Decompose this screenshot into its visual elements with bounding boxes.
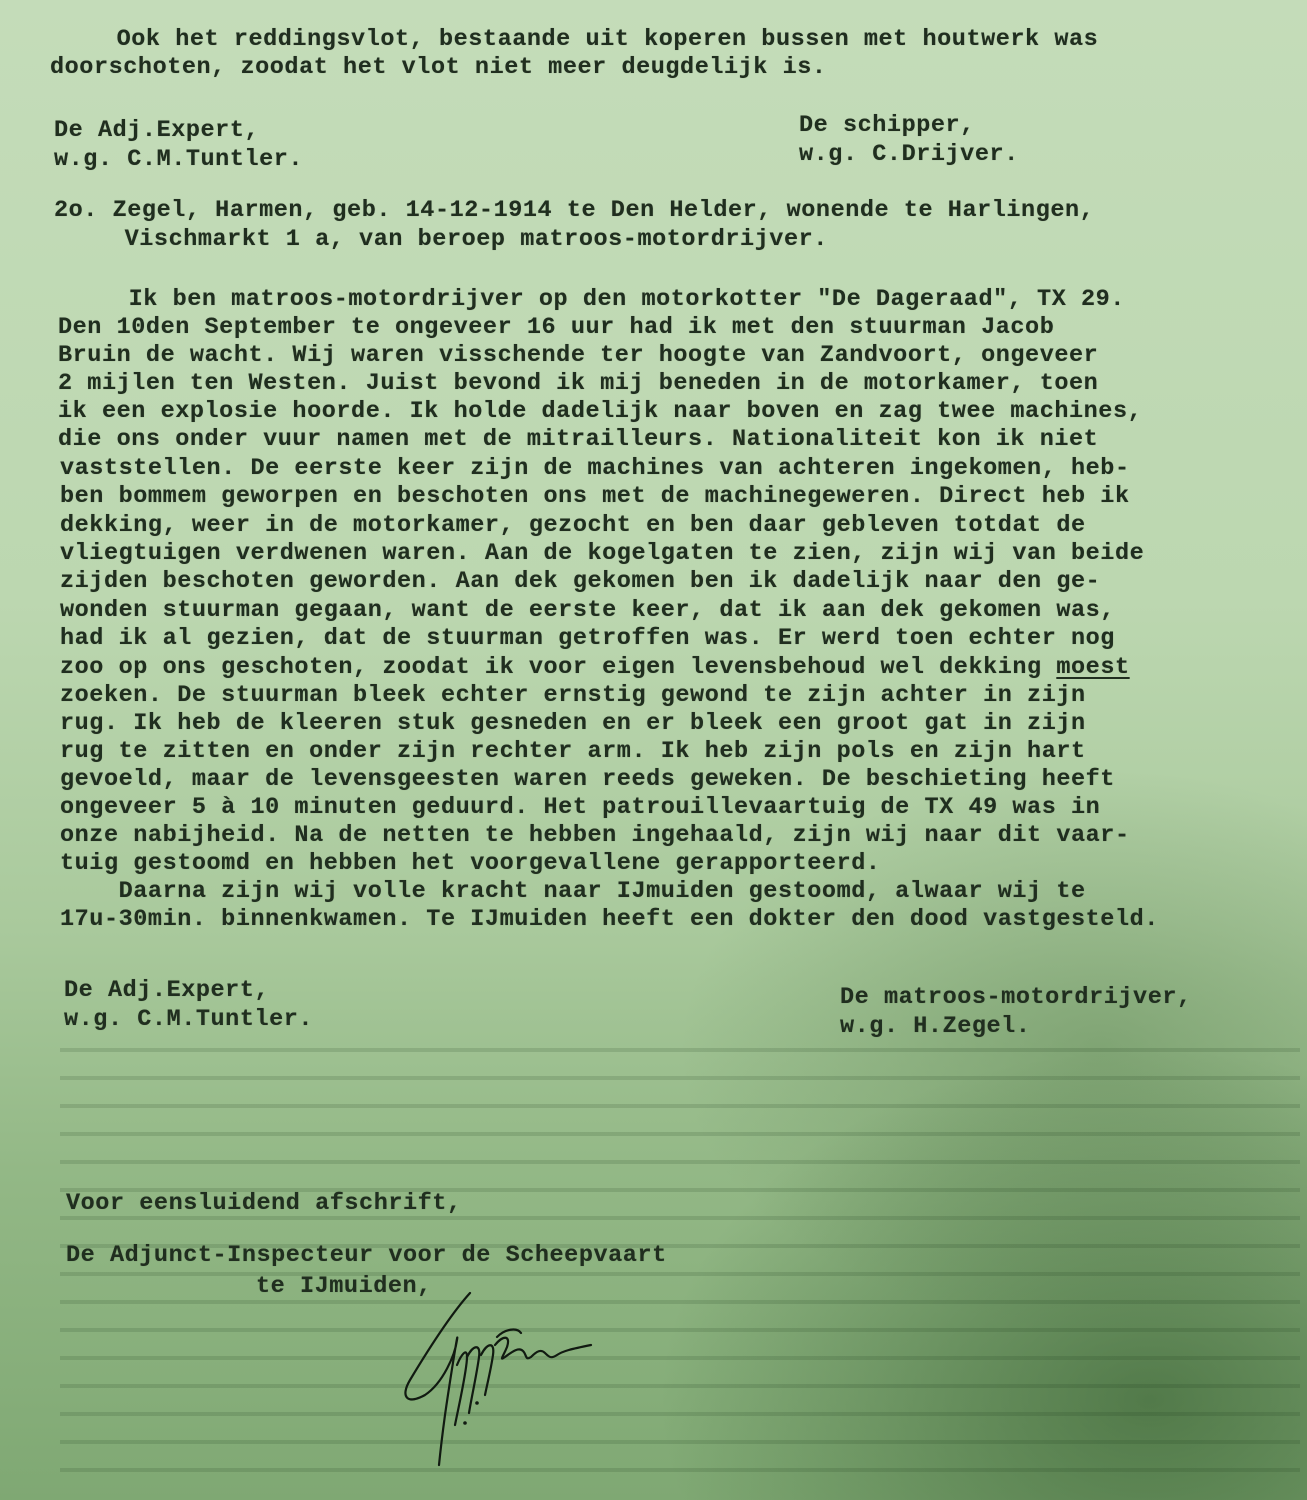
sig2-right-name: w.g. H.Zegel. [840,1013,1030,1041]
statement-line: vliegtuigen verdwenen waren. Aan de koge… [60,540,1144,568]
statement-line: dekking, weer in de motorkamer, gezocht … [60,512,1086,540]
witness-header-line-1: 2o. Zegel, Harmen, geb. 14-12-1914 te De… [54,197,1094,225]
statement-line: 17u-30min. binnenkwamen. Te IJmuiden hee… [60,906,1159,934]
sig2-right-title: De matroos-motordrijver, [840,984,1192,1012]
certification-line-1: Voor eensluidend afschrift, [66,1190,462,1218]
sig1-left-title: De Adj.Expert, [54,117,259,145]
statement-line: zoeken. De stuurman bleek echter ernstig… [60,682,1086,710]
statement-line: zoo op ons geschoten, zoodat ik voor eig… [60,654,1130,682]
statement-line: onze nabijheid. Na de netten te hebben i… [60,822,1130,850]
statement-line: ongeveer 5 à 10 minuten geduurd. Het pat… [60,794,1100,822]
statement-line: gevoeld, maar de levensgeesten waren ree… [60,766,1115,794]
statement-line: zijden beschoten geworden. Aan dek gekom… [60,568,1100,596]
certification-line-2: De Adjunct-Inspecteur voor de Scheepvaar… [66,1242,667,1270]
statement-line: had ik al gezien, dat de stuurman getrof… [60,625,1115,653]
sig1-right-name: w.g. C.Drijver. [799,141,1019,169]
statement-line: tuig gestoomd en hebben het voorgevallen… [60,850,881,878]
statement-line: Bruin de wacht. Wij waren visschende ter… [58,342,1098,370]
statement-line: ben bommem geworpen en beschoten ons met… [60,483,1130,511]
top-paragraph-line-2: doorschoten, zoodat het vlot niet meer d… [50,54,827,82]
sig1-right-title: De schipper, [799,112,975,140]
statement-line: rug te zitten en onder zijn rechter arm.… [60,738,1086,766]
statement-line: rug. Ik heb de kleeren stuk gesneden en … [60,710,1086,738]
statement-line: Daarna zijn wij volle kracht naar IJmuid… [60,878,1086,906]
statement-line: Ik ben matroos-motordrijver op den motor… [70,286,1125,314]
sig2-left-title: De Adj.Expert, [64,977,269,1005]
sig1-left-name: w.g. C.M.Tuntler. [54,146,303,174]
sig2-left-name: w.g. C.M.Tuntler. [64,1006,313,1034]
statement-line: 2 mijlen ten Westen. Juist bevond ik mij… [58,370,1098,398]
statement-line: ik een explosie hoorde. Ik holde dadelij… [58,398,1142,426]
statement-line-text: zoo op ons geschoten, zoodat ik voor eig… [60,654,1056,681]
handwritten-signature-icon [395,1285,615,1475]
statement-line: Den 10den September te ongeveer 16 uur h… [58,314,1054,342]
top-paragraph-line-1: Ook het reddingsvlot, bestaande uit kope… [58,26,1098,54]
underlined-word: moest [1056,654,1129,681]
statement-line: vaststellen. De eerste keer zijn de mach… [60,455,1130,483]
statement-line: die ons onder vuur namen met de mitraill… [58,426,1098,454]
statement-line: wonden stuurman gegaan, want de eerste k… [60,597,1115,625]
document-page: Ook het reddingsvlot, bestaande uit kope… [0,0,1307,1500]
witness-header-line-2: Vischmarkt 1 a, van beroep matroos-motor… [66,226,828,254]
